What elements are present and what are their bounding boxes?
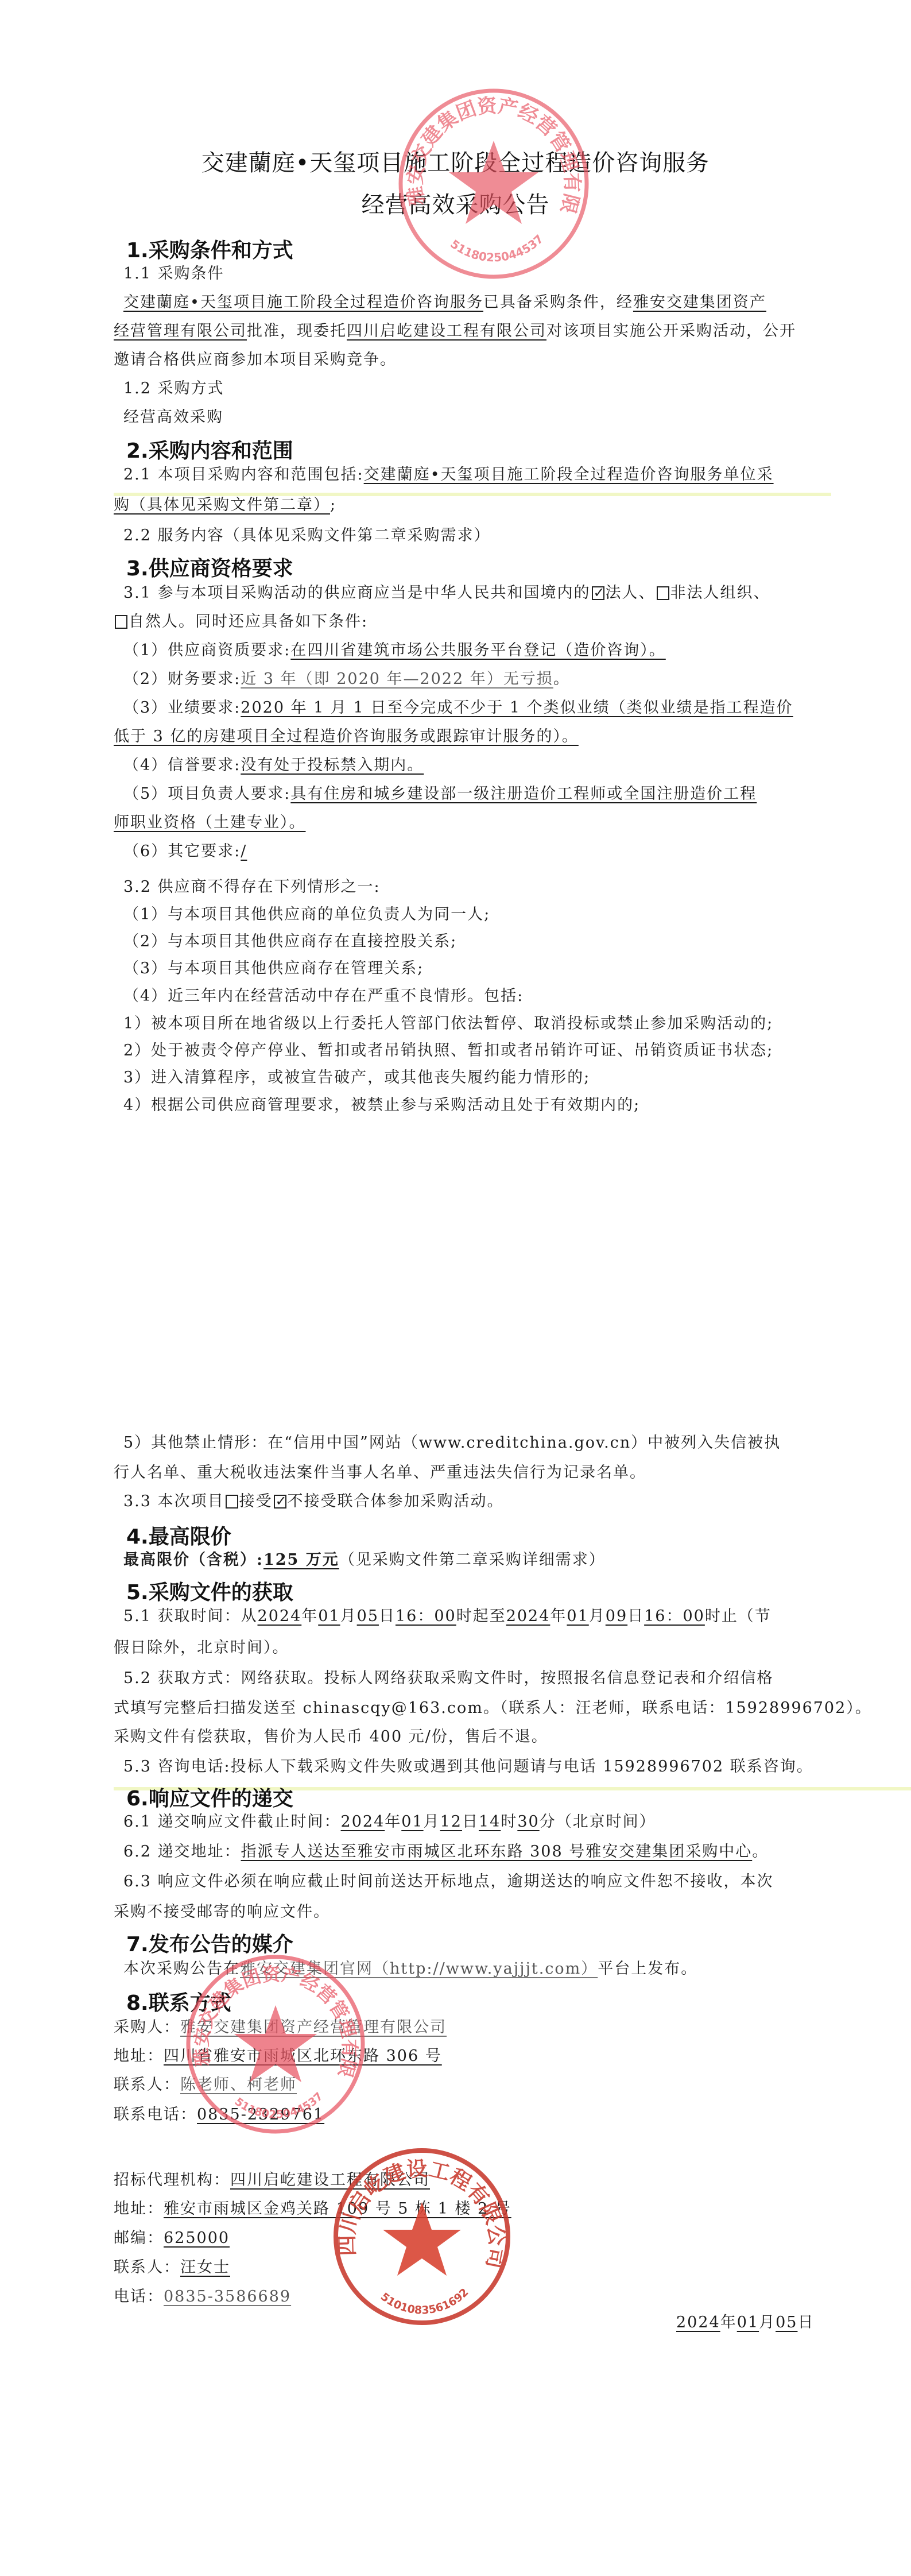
- late-submission-line1: 6.3 响应文件必须在响应截止时间前送达开标地点，逾期送达的响应文件恕不接收，本…: [123, 1873, 774, 1890]
- exclusion-5-line2: 行人名单、重大税收违法案件当事人名单、严重违法失信行为记录名单。: [114, 1464, 646, 1482]
- acquisition-time-line2: 假日除外，北京时间）。: [114, 1639, 289, 1657]
- publish-media-link[interactable]: 雅安交建集团官网（http://www.yajjjt.com）: [240, 1960, 598, 1978]
- svg-text:5118025044537: 5118025044537: [448, 232, 546, 265]
- document-title-line1: 交建蘭庭•天玺项目施工阶段全过程造价咨询服务: [0, 145, 911, 177]
- consult-phone: 5.3 咨询电话:投标人下载采购文件失败或遇到其他问题请与电话 15928996…: [123, 1758, 813, 1776]
- submission-deadline: 6.1 递交响应文件截止时间：2024年01月12日14时30分（北京时间）: [123, 1813, 656, 1831]
- checkbox-reject-consortium: [274, 1495, 286, 1509]
- section-heading-6: 6.响应文件的递交: [126, 1782, 293, 1812]
- max-price-value: 125 万元: [263, 1551, 339, 1569]
- max-price: 最高限价（含税）:125 万元（见采购文件第二章采购详细需求）: [123, 1552, 606, 1569]
- project-name: 交建蘭庭•天玺项目施工阶段全过程造价咨询服务: [123, 293, 483, 311]
- req-2: （2）财务要求:近 3 年（即 2020 年—2022 年）无亏损。: [123, 671, 570, 688]
- req-4: （4）信誉要求:没有处于投标禁入期内。: [123, 757, 424, 774]
- document-title-line2: 经营高效采购公告: [0, 187, 911, 219]
- purchaser-name: 采购人：雅安交建集团资产经营管理有限公司: [114, 2019, 447, 2036]
- para-2-2: 2.2 服务内容（具体见采购文件第二章采购需求）: [123, 527, 491, 544]
- para-3-1-line1: 3.1 参与本项目采购活动的供应商应当是中华人民共和国境内的法人、非法人组织、: [123, 585, 770, 602]
- acquisition-method-line2: 式填写完整后扫描发送至 chinascqy@163.com。（联系人：汪老师，联…: [114, 1700, 872, 1717]
- para-2-1-line2: 购（具体见采购文件第二章）;: [114, 497, 336, 514]
- company-seal-top: 雅安交建集团资产经营管理有限公司 5118025044537: [396, 86, 591, 281]
- exclusion-4-sub3: 3）进入清算程序，或被宣告破产，或其他丧失履约能力情形的;: [123, 1069, 590, 1086]
- agent-name-line: 招标代理机构：四川启屹建设工程有限公司: [114, 2172, 430, 2189]
- purchaser-contact: 联系人：陈老师、柯老师: [114, 2076, 297, 2094]
- agent-address: 地址：雅安市雨城区金鸡关路 109 号 5 栋 1 楼 2 号: [114, 2200, 511, 2218]
- acquisition-method-line3: 采购文件有偿获取，售价为人民币 400 元/份，售后不退。: [114, 1728, 548, 1746]
- exclusion-4: （4）近三年内在经营活动中存在严重不良情形。包括:: [123, 988, 524, 1005]
- para-3-2: 3.2 供应商不得存在下列情形之一:: [123, 879, 381, 896]
- exclusion-4-sub1: 1）被本项目所在地省级以上行委托人管部门依法暂停、取消投标或禁止参加采购活动的;: [123, 1015, 773, 1032]
- purchaser-address: 地址：四川省雅安市雨城区北环东路 306 号: [114, 2048, 442, 2065]
- announcement-page: 交建蘭庭•天玺项目施工阶段全过程造价咨询服务 经营高效采购公告 1.采购条件和方…: [0, 0, 911, 2576]
- para-1-1-line2: 经营管理有限公司批准，现委托四川启屹建设工程有限公司对该项目实施公开采购活动，公…: [114, 323, 796, 340]
- purchaser-phone: 联系电话：0835-2329761: [114, 2106, 324, 2124]
- exclusion-1: （1）与本项目其他供应商的单位负责人为同一人;: [123, 906, 490, 923]
- para-1-1-line3: 邀请合格供应商参加本项目采购竞争。: [114, 351, 397, 369]
- issue-date: 2024年01月05日: [676, 2314, 814, 2331]
- section-heading-5: 5.采购文件的获取: [126, 1576, 293, 1606]
- seal-star-icon: 雅安交建集团资产经营管理有限公司 5118025044537: [396, 86, 591, 281]
- exclusion-2: （2）与本项目其他供应商存在直接控股关系;: [123, 933, 457, 950]
- req-5-line2: 师职业资格（土建专业）。: [114, 814, 306, 831]
- svg-text:5101083561692: 5101083561692: [378, 2286, 471, 2317]
- section-heading-2: 2.采购内容和范围: [126, 435, 293, 464]
- para-3-3: 3.3 本次项目接受不接受联合体参加采购活动。: [123, 1493, 504, 1510]
- section-heading-4: 4.最高限价: [126, 1521, 231, 1550]
- req-1: （1）供应商资质要求:在四川省建筑市场公共服务平台登记（造价咨询）。: [123, 642, 666, 659]
- sub-label-1-1: 1.1 采购条件: [123, 265, 224, 283]
- acquisition-time-line1: 5.1 获取时间：从2024年01月05日16：00时起至2024年01月09日…: [123, 1608, 772, 1625]
- approver-name: 雅安交建集团资产: [633, 293, 766, 311]
- checkbox-non-legal-org: [657, 586, 669, 600]
- checkbox-accept-consortium: [226, 1495, 238, 1509]
- para-2-1-line1: 2.1 本项目采购内容和范围包括:交建蘭庭•天玺项目施工阶段全过程造价咨询服务单…: [123, 466, 774, 484]
- section-heading-7: 7.发布公告的媒介: [126, 1928, 293, 1958]
- para-3-1-line2: 自然人。同时还应具备如下条件:: [114, 613, 368, 631]
- publish-media: 本次采购公告在雅安交建集团官网（http://www.yajjjt.com）平台…: [123, 1960, 697, 1978]
- sub-label-1-2: 1.2 采购方式: [123, 380, 224, 397]
- exclusion-4-sub4: 4）根据公司供应商管理要求，被禁止参与采购活动且处于有效期内的;: [123, 1097, 640, 1114]
- exclusion-3: （3）与本项目其他供应商存在管理关系;: [123, 960, 424, 977]
- late-submission-line2: 采购不接受邮寄的响应文件。: [114, 1904, 330, 1921]
- exclusion-5-line1: 5）其他禁止情形：在“信用中国”网站（www.creditchina.gov.c…: [123, 1434, 781, 1452]
- para-1-1-line1: 交建蘭庭•天玺项目施工阶段全过程造价咨询服务已具备采购条件，经雅安交建集团资产: [123, 294, 766, 311]
- procurement-method: 经营高效采购: [123, 409, 223, 426]
- agent-name: 四川启屹建设工程有限公司: [347, 322, 546, 340]
- agent-phone: 电话：0835-3586689: [114, 2288, 291, 2306]
- req-3-line2: 低于 3 亿的房建项目全过程造价咨询服务或跟踪审计服务的）。: [114, 728, 579, 745]
- section-heading-8: 8.联系方式: [126, 1987, 231, 2016]
- checkbox-legal-person: [592, 586, 604, 600]
- acquisition-method-line1: 5.2 获取方式：网络获取。投标人网络获取采购文件时，按照报名信息登记表和介绍信…: [123, 1670, 774, 1687]
- section-heading-3: 3.供应商资格要求: [126, 552, 293, 582]
- req-3-line1: （3）业绩要求:2020 年 1 月 1 日至今完成不少于 1 个类似业绩（类似…: [123, 699, 793, 717]
- checkbox-natural-person: [115, 615, 127, 629]
- submission-address: 6.2 递交地址：指派专人送达至雅安市雨城区北环东路 308 号雅安交建集团采购…: [123, 1843, 769, 1861]
- exclusion-4-sub2: 2）处于被责令停产停业、暂扣或者吊销执照、暂扣或者吊销许可证、吊销资质证书状态;: [123, 1042, 773, 1059]
- agent-contact: 联系人：汪女士: [114, 2259, 230, 2276]
- agent-postcode: 邮编：625000: [114, 2230, 230, 2247]
- req-5-line1: （5）项目负责人要求:具有住房和城乡建设部一级注册造价工程师或全国注册造价工程: [123, 786, 757, 803]
- req-6: （6）其它要求:/: [123, 843, 247, 860]
- section-heading-1: 1.采购条件和方式: [126, 234, 293, 264]
